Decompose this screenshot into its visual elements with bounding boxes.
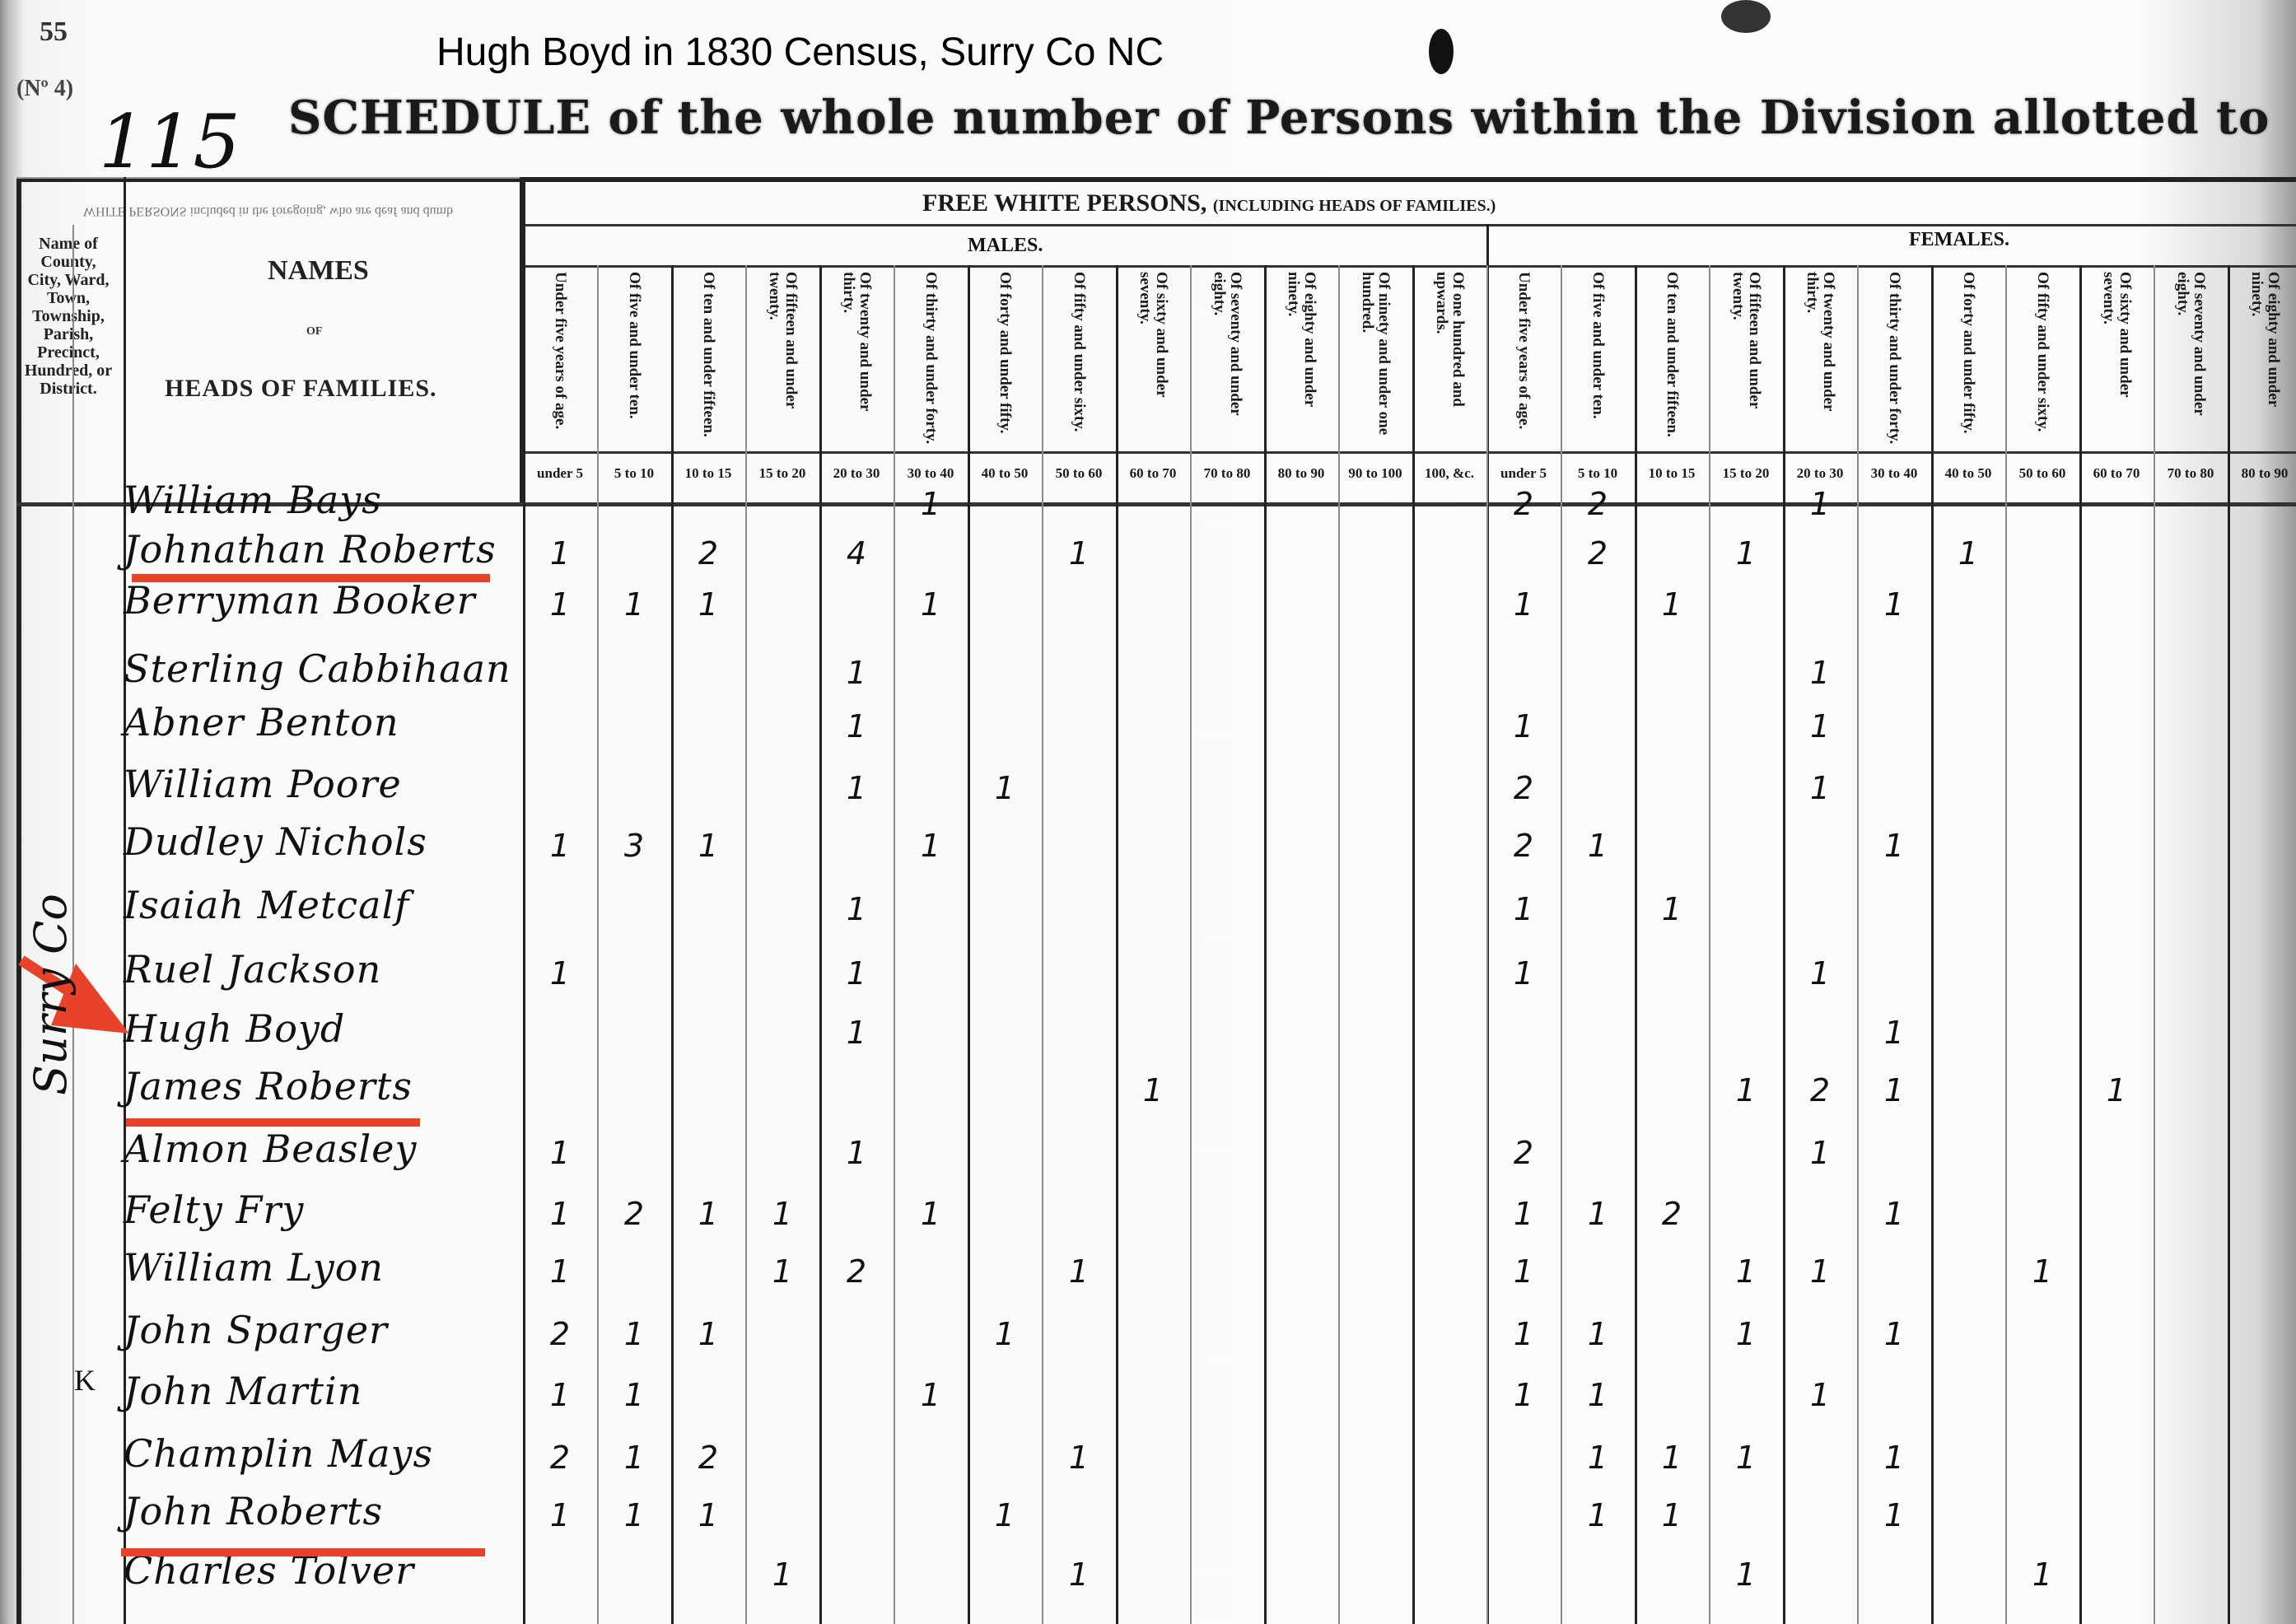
tally-mark: 1: [1869, 1497, 1919, 1533]
tally-mark: 1: [758, 1196, 807, 1232]
column-header-males-5: Of thirty and under forty.: [894, 272, 968, 449]
column-title: Of fifty and under sixty.: [2034, 272, 2051, 432]
tally-mark: 1: [1573, 1497, 1622, 1533]
column-title: Of ten and under fifteen.: [1664, 272, 1680, 437]
tally-mark: 1: [1869, 1316, 1919, 1352]
head-of-family-name: Isaiah Metcalf: [124, 883, 409, 927]
free-white-persons-label: FREE WHITE PERSONS,: [922, 189, 1206, 217]
tally-mark: 2: [1795, 1072, 1845, 1108]
column-title: Of thirty and under forty.: [922, 272, 939, 444]
head-of-family-name: John Martin: [124, 1369, 362, 1413]
column-title: Of five and under ten.: [626, 272, 642, 419]
tally-mark: 1: [1795, 1135, 1845, 1171]
tally-mark: 1: [1795, 486, 1845, 522]
tally-mark: 1: [980, 1497, 1029, 1533]
tally-mark: 1: [906, 486, 955, 522]
tally-mark: 1: [2018, 1253, 2067, 1290]
head-of-family-name: Champlin Mays: [124, 1431, 433, 1476]
column-title: Of ten and under fifteen.: [700, 272, 716, 437]
tally-mark: 1: [1499, 1377, 1548, 1413]
tally-mark: 1: [758, 1253, 807, 1290]
tally-mark: 1: [1869, 1015, 1919, 1051]
column-range-males-2: 10 to 15: [671, 465, 745, 498]
of-header: OF: [306, 325, 322, 338]
column-header-males-4: Of twenty and under thirty.: [819, 272, 894, 449]
column-range-males-6: 40 to 50: [968, 465, 1042, 498]
tally-mark: 1: [832, 708, 881, 744]
column-title: Of fifteen and under twenty.: [1729, 272, 1762, 445]
tally-mark: 1: [1869, 586, 1919, 623]
head-of-family-name: William Bays: [124, 478, 382, 522]
census-page: 55 (Nº 4) 115 Hugh Boyd in 1830 Census, …: [0, 0, 2296, 1624]
tally-mark: 1: [535, 955, 585, 992]
tally-mark: 1: [832, 770, 881, 806]
tally-mark: 1: [1647, 586, 1696, 623]
head-of-family-name: John Sparger: [124, 1308, 388, 1352]
tally-mark: 1: [535, 535, 585, 572]
head-of-family-name: Johnathan Roberts: [124, 527, 497, 572]
county-column-header: Name of County, City, Ward, Town, Townsh…: [23, 235, 114, 398]
tally-mark: 2: [1499, 770, 1548, 806]
tally-mark: 2: [684, 535, 733, 572]
tally-mark: 1: [1499, 586, 1548, 623]
tally-mark: 1: [1869, 1440, 1919, 1476]
column-title: Under five years of age.: [1515, 272, 1532, 429]
column-range-males-0: under 5: [523, 465, 597, 498]
head-of-family-name: Sterling Cabbihaan: [124, 646, 511, 691]
tally-mark: 1: [609, 1440, 659, 1476]
tally-mark: 1: [1499, 1316, 1548, 1352]
column-range-females-5: 30 to 40: [1857, 465, 1931, 498]
tally-mark: 1: [1721, 1316, 1771, 1352]
tally-mark: 1: [1054, 1556, 1104, 1593]
highlight-underline-john-roberts: [121, 1548, 485, 1556]
column-title: Under five years of age.: [552, 272, 568, 429]
column-header-females-6: Of forty and under fifty.: [1931, 272, 2005, 449]
tally-mark: 1: [1869, 1072, 1919, 1108]
column-header-females-0: Under five years of age.: [1486, 272, 1561, 449]
ink-smudge: [1429, 29, 1454, 74]
tally-mark: 2: [609, 1196, 659, 1232]
tally-mark: 1: [906, 586, 955, 623]
tally-mark: 1: [609, 1316, 659, 1352]
tally-mark: 1: [832, 1015, 881, 1051]
column-range-males-9: 70 to 80: [1190, 465, 1264, 498]
margin-mark: K: [74, 1363, 96, 1398]
tally-mark: 1: [1721, 1440, 1771, 1476]
tally-mark: 2: [1499, 828, 1548, 864]
tally-mark: 1: [2092, 1072, 2141, 1108]
tally-mark: 1: [1573, 828, 1622, 864]
tally-mark: 1: [535, 828, 585, 864]
tally-mark: 1: [1499, 1196, 1548, 1232]
column-title: Of sixty and under seventy.: [1136, 272, 1169, 445]
tally-mark: 1: [609, 1497, 659, 1533]
highlight-underline-james-roberts: [126, 1118, 420, 1127]
tally-mark: 1: [684, 1196, 733, 1232]
column-title: Of one hundred and upwards.: [1433, 272, 1466, 445]
tally-mark: 1: [535, 586, 585, 623]
column-title: Of sixty and under seventy.: [2100, 272, 2133, 445]
tally-mark: 1: [1128, 1072, 1178, 1108]
tally-mark: 2: [1499, 486, 1548, 522]
page-sub-stamp: (Nº 4): [16, 76, 73, 102]
head-of-family-name: Felty Fry: [124, 1188, 304, 1232]
head-of-family-name: James Roberts: [124, 1064, 413, 1108]
females-header: FEMALES.: [1909, 229, 2009, 251]
column-title: Of forty and under fifty.: [1960, 272, 1976, 434]
column-header-females-10: Of eighty and under ninety.: [2228, 272, 2296, 449]
tally-mark: 1: [535, 1497, 585, 1533]
column-header-females-3: Of fifteen and under twenty.: [1709, 272, 1783, 449]
tally-mark: 1: [609, 1377, 659, 1413]
head-of-family-name: Abner Benton: [124, 700, 399, 744]
column-header-males-3: Of fifteen and under twenty.: [745, 272, 819, 449]
column-header-females-5: Of thirty and under forty.: [1857, 272, 1931, 449]
column-header-males-6: Of forty and under fifty.: [968, 272, 1042, 449]
head-of-family-name: John Roberts: [124, 1489, 383, 1533]
tally-mark: 1: [609, 586, 659, 623]
tally-mark: 1: [1054, 535, 1104, 572]
column-range-males-3: 15 to 20: [745, 465, 819, 498]
tally-mark: 1: [1944, 535, 1993, 572]
column-range-females-6: 40 to 50: [1931, 465, 2005, 498]
column-header-females-4: Of twenty and under thirty.: [1783, 272, 1857, 449]
tally-mark: 1: [684, 1316, 733, 1352]
column-header-females-8: Of sixty and under seventy.: [2079, 272, 2154, 449]
head-of-family-name: William Poore: [124, 762, 402, 806]
tally-mark: 1: [1869, 828, 1919, 864]
tally-mark: 1: [535, 1377, 585, 1413]
column-title: Of eighty and under ninety.: [1285, 272, 1318, 445]
tally-mark: 1: [1795, 955, 1845, 992]
schedule-heading: SCHEDULE of the whole number of Persons …: [288, 91, 2270, 145]
column-title: Of ninety and under one hundred.: [1359, 272, 1392, 445]
tally-mark: 1: [535, 1135, 585, 1171]
column-title: Of eighty and under ninety.: [2248, 272, 2281, 445]
column-title: Of fifty and under sixty.: [1071, 272, 1087, 432]
tally-mark: 1: [1647, 891, 1696, 927]
tally-mark: 1: [906, 828, 955, 864]
tally-mark: 1: [535, 1196, 585, 1232]
tally-mark: 1: [535, 1253, 585, 1290]
tally-mark: 1: [906, 1196, 955, 1232]
tally-mark: 1: [906, 1377, 955, 1413]
tally-mark: 1: [1499, 708, 1548, 744]
tally-mark: 4: [832, 535, 881, 572]
column-title: Of twenty and under thirty.: [840, 272, 873, 445]
tally-mark: 1: [980, 1316, 1029, 1352]
tally-mark: 3: [609, 828, 659, 864]
column-header-females-9: Of seventy and under eighty.: [2154, 272, 2228, 449]
tally-mark: 1: [1573, 1377, 1622, 1413]
tally-mark: 1: [1721, 1253, 1771, 1290]
column-range-males-11: 90 to 100: [1338, 465, 1412, 498]
head-of-family-name: William Lyon: [124, 1245, 384, 1290]
header-rule: [523, 224, 2296, 226]
tally-mark: 1: [1795, 708, 1845, 744]
margin-county-handwriting: Surry Co: [25, 894, 77, 1095]
page-number-stamp: 55: [40, 16, 68, 48]
tally-mark: 1: [758, 1556, 807, 1593]
heads-of-families-header: HEADS OF FAMILIES.: [165, 375, 437, 403]
column-range-males-7: 50 to 60: [1042, 465, 1116, 498]
header-rule: [523, 451, 2296, 454]
column-header-males-0: Under five years of age.: [523, 272, 597, 449]
column-header-males-12: Of one hundred and upwards.: [1412, 272, 1486, 449]
including-heads-label: (INCLUDING HEADS OF FAMILIES.): [1213, 197, 1496, 215]
tally-mark: 2: [684, 1440, 733, 1476]
head-of-family-name: Berryman Booker: [124, 578, 476, 623]
column-header-females-7: Of fifty and under sixty.: [2005, 272, 2079, 449]
ink-smudge: [1721, 0, 1771, 33]
column-range-females-8: 60 to 70: [2079, 465, 2154, 498]
tally-mark: 2: [832, 1253, 881, 1290]
tally-mark: 1: [832, 891, 881, 927]
column-range-males-8: 60 to 70: [1116, 465, 1190, 498]
tally-mark: 1: [1499, 1253, 1548, 1290]
free-white-persons-header: FREE WHITE PERSONS, (INCLUDING HEADS OF …: [922, 189, 1496, 217]
column-range-males-1: 5 to 10: [597, 465, 671, 498]
tally-mark: 2: [1573, 486, 1622, 522]
column-title: Of fifteen and under twenty.: [766, 272, 799, 445]
tally-mark: 1: [1721, 1556, 1771, 1593]
tally-mark: 1: [684, 1497, 733, 1533]
tally-mark: 1: [1573, 1196, 1622, 1232]
tally-mark: 1: [1499, 891, 1548, 927]
tally-mark: 1: [832, 955, 881, 992]
column-range-males-4: 20 to 30: [819, 465, 894, 498]
tally-mark: 1: [1499, 955, 1548, 992]
tally-mark: 1: [1647, 1497, 1696, 1533]
names-header: NAMES: [268, 255, 369, 287]
tally-mark: 1: [1721, 1072, 1771, 1108]
tally-mark: 1: [1869, 1196, 1919, 1232]
males-header: MALES.: [968, 235, 1043, 257]
column-range-females-2: 10 to 15: [1635, 465, 1709, 498]
tally-mark: 2: [1647, 1196, 1696, 1232]
tally-mark: 1: [1721, 535, 1771, 572]
tally-mark: 2: [535, 1316, 585, 1352]
column-header-males-1: Of five and under ten.: [597, 272, 671, 449]
head-of-family-name: Ruel Jackson: [124, 947, 381, 992]
column-range-females-3: 15 to 20: [1709, 465, 1783, 498]
handwritten-page-number: 115: [99, 99, 240, 185]
tally-mark: 1: [980, 770, 1029, 806]
tally-mark: 1: [1573, 1440, 1622, 1476]
column-range-females-9: 70 to 80: [2154, 465, 2228, 498]
tally-mark: 1: [684, 828, 733, 864]
column-header-males-11: Of ninety and under one hundred.: [1338, 272, 1412, 449]
column-title: Of seventy and under eighty.: [2174, 272, 2207, 445]
highlight-underline-johnathan-roberts: [132, 574, 490, 582]
column-title: Of thirty and under forty.: [1886, 272, 1902, 444]
tally-mark: 1: [832, 655, 881, 691]
head-of-family-name: Almon Beasley: [124, 1127, 417, 1171]
tally-mark: 1: [1795, 1253, 1845, 1290]
column-title: Of seventy and under eighty.: [1211, 272, 1244, 445]
tally-mark: 1: [832, 1135, 881, 1171]
tally-mark: 1: [1054, 1253, 1104, 1290]
head-of-family-name: Hugh Boyd: [124, 1006, 345, 1051]
head-of-family-name: Dudley Nichols: [124, 819, 427, 864]
tally-mark: 1: [1795, 655, 1845, 691]
tally-mark: 1: [1795, 1377, 1845, 1413]
annotation-title: Hugh Boyd in 1830 Census, Surry Co NC: [436, 30, 1164, 75]
column-range-females-10: 80 to 90: [2228, 465, 2296, 498]
column-title: Of five and under ten.: [1589, 272, 1606, 419]
column-header-females-1: Of five and under ten.: [1561, 272, 1635, 449]
tally-mark: 1: [2018, 1556, 2067, 1593]
tally-mark: 2: [535, 1440, 585, 1476]
deaf-dumb-strip: WHITE PERSONS included in the foregoing,…: [16, 177, 520, 225]
column-header-males-8: Of sixty and under seventy.: [1116, 272, 1190, 449]
tally-mark: 2: [1499, 1135, 1548, 1171]
tally-mark: 1: [1795, 770, 1845, 806]
column-range-females-7: 50 to 60: [2005, 465, 2079, 498]
column-range-males-12: 100, &c.: [1412, 465, 1486, 498]
tally-mark: 1: [684, 586, 733, 623]
column-header-males-9: Of seventy and under eighty.: [1190, 272, 1264, 449]
tally-mark: 1: [1647, 1440, 1696, 1476]
column-range-males-10: 80 to 90: [1264, 465, 1338, 498]
column-header-females-2: Of ten and under fifteen.: [1635, 272, 1709, 449]
tally-mark: 1: [1054, 1440, 1104, 1476]
tally-mark: 2: [1573, 535, 1622, 572]
tally-mark: 1: [1573, 1316, 1622, 1352]
column-header-males-7: Of fifty and under sixty.: [1042, 272, 1116, 449]
column-title: Of twenty and under thirty.: [1804, 272, 1836, 445]
column-header-males-2: Of ten and under fifteen.: [671, 272, 745, 449]
header-rule: [523, 265, 2296, 268]
column-header-males-10: Of eighty and under ninety.: [1264, 272, 1338, 449]
column-title: Of forty and under fifty.: [996, 272, 1013, 434]
